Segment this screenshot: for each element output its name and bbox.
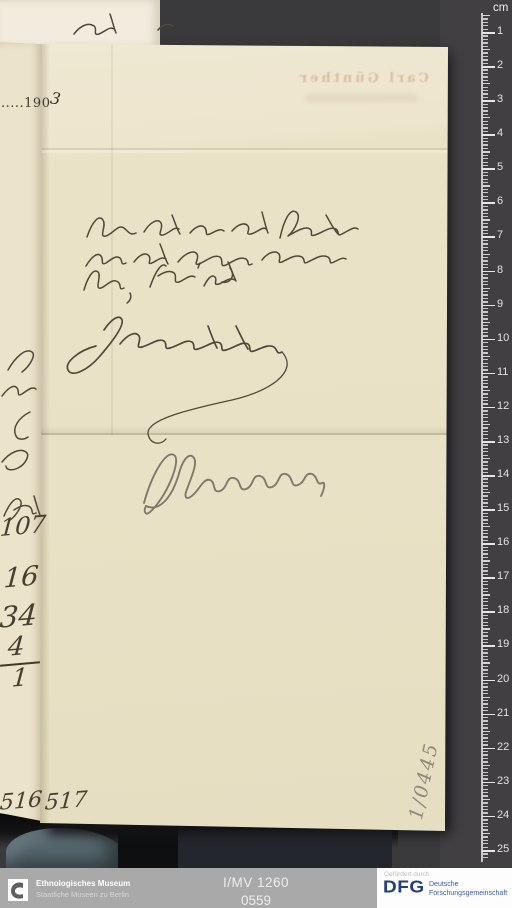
ruler-tick xyxy=(482,271,495,273)
ruler-tick xyxy=(482,131,488,132)
ruler-tick xyxy=(482,727,488,728)
dfg-name-line1: Deutsche xyxy=(429,881,459,888)
ruler-number: 12 xyxy=(497,400,509,412)
ruler-number: 6 xyxy=(497,195,503,207)
ruler-tick xyxy=(482,461,488,462)
ruler-tick xyxy=(482,772,488,773)
margin-number: 4 xyxy=(7,633,26,660)
ruler-tick xyxy=(482,298,488,299)
ruler-tick xyxy=(482,707,488,708)
ruler-tick xyxy=(482,264,488,265)
ruler-tick xyxy=(482,840,488,841)
margin-number: 1 xyxy=(11,664,29,690)
ruler-tick xyxy=(482,42,488,43)
ruler-tick xyxy=(482,325,488,326)
ruler-tick xyxy=(482,686,488,687)
ruler-tick xyxy=(482,390,490,391)
ruler-tick xyxy=(482,717,488,718)
ruler-tick xyxy=(482,230,488,231)
ruler-tick xyxy=(482,380,488,381)
ruler-tick xyxy=(482,734,488,735)
ruler-tick xyxy=(482,138,488,139)
ruler-tick xyxy=(482,540,488,541)
ruler-number: 21 xyxy=(497,707,509,719)
ruler-tick xyxy=(482,56,488,57)
ruler-tick xyxy=(482,809,488,810)
ruler-tick xyxy=(482,209,488,210)
ruler-number: 10 xyxy=(497,332,509,344)
ruler-tick xyxy=(482,550,488,551)
ruler-tick xyxy=(482,315,488,316)
underlying-page-left xyxy=(0,42,45,824)
ruler-tick xyxy=(482,39,488,40)
ruler-tick xyxy=(482,577,495,579)
ruler-tick xyxy=(482,625,488,626)
ruler-tick xyxy=(482,15,490,16)
ruler-tick xyxy=(482,659,488,660)
ruler-tick xyxy=(482,223,488,224)
ruler-tick xyxy=(482,151,490,152)
letter-page xyxy=(40,42,450,834)
org-title: Ethnologisches Museum xyxy=(36,879,130,888)
ruler-tick xyxy=(482,308,488,309)
ruler-tick xyxy=(482,836,488,837)
underlying-page-top xyxy=(0,0,160,47)
ruler-tick xyxy=(482,121,488,122)
ruler-tick xyxy=(482,789,488,790)
ruler-tick xyxy=(482,530,488,531)
ruler-tick xyxy=(482,267,488,268)
ruler-tick xyxy=(482,434,488,435)
ruler-tick xyxy=(482,737,488,738)
ruler-tick xyxy=(482,192,488,193)
ruler-tick xyxy=(482,594,490,595)
ruler-tick xyxy=(482,802,488,803)
ruler-tick xyxy=(482,843,488,844)
ruler-tick xyxy=(482,66,495,68)
ruler-tick xyxy=(482,720,488,721)
scan-number: 0559 xyxy=(180,893,332,908)
ruler-tick xyxy=(482,829,488,830)
inventory-id-block: I/MV 1260 0559 xyxy=(180,875,332,908)
ruler-tick xyxy=(482,22,488,23)
date-printed: .....190 xyxy=(1,96,50,111)
ruler-tick xyxy=(482,567,488,568)
ruler-tick xyxy=(482,346,488,347)
ruler-tick xyxy=(482,847,488,848)
ruler-tick xyxy=(482,301,488,302)
ruler-tick xyxy=(482,601,488,602)
ruler-tick xyxy=(482,349,488,350)
ruler-tick xyxy=(482,833,490,834)
ruler-number: 8 xyxy=(497,264,503,276)
ruler-tick xyxy=(482,73,488,74)
ruler-tick xyxy=(482,90,488,91)
ruler-tick xyxy=(482,29,488,30)
ruler-tick xyxy=(482,260,488,261)
ruler-tick xyxy=(482,513,488,514)
ruler-tick xyxy=(482,352,488,353)
ruler-tick xyxy=(482,403,488,404)
ruler-tick xyxy=(482,741,488,742)
ruler-tick xyxy=(482,233,488,234)
ruler-tick xyxy=(482,652,488,653)
ruler-tick xyxy=(482,519,488,520)
ruler-tick xyxy=(482,254,490,255)
ruler-tick xyxy=(482,526,490,527)
ruler-tick xyxy=(482,393,488,394)
ruler-tick xyxy=(482,281,488,282)
ruler-number: 23 xyxy=(497,775,509,787)
ruler-tick xyxy=(482,468,488,469)
ruler-tick xyxy=(482,768,488,769)
ruler-tick xyxy=(482,639,488,640)
ruler-tick xyxy=(482,656,488,657)
ruler-tick xyxy=(482,472,488,473)
ruler-tick xyxy=(482,335,488,336)
ruler-tick xyxy=(482,475,495,477)
ruler-tick xyxy=(482,478,488,479)
ruler-tick xyxy=(482,543,495,545)
ruler-tick xyxy=(482,373,495,375)
ruler-tick xyxy=(482,144,488,145)
ruler-tick xyxy=(482,407,495,409)
ruler-tick xyxy=(482,792,488,793)
date-year-handwritten: 3 xyxy=(50,88,64,108)
ruler-tick xyxy=(482,288,490,289)
ruler-tick xyxy=(482,506,488,507)
ruler-tick xyxy=(482,754,488,755)
ghost-mirrored-text: Carl Günther xyxy=(286,71,440,86)
ruler-tick xyxy=(482,219,490,220)
ruler-tick xyxy=(482,342,488,343)
ruler-tick xyxy=(482,49,490,50)
ruler-tick xyxy=(482,247,488,248)
ruler-tick xyxy=(482,291,488,292)
ruler-tick xyxy=(482,812,488,813)
ruler-tick xyxy=(482,97,488,98)
ruler-tick xyxy=(482,502,488,503)
ruler-tick xyxy=(482,25,488,26)
ruler-tick xyxy=(482,134,495,136)
dfg-logo: DFG xyxy=(383,878,425,898)
ruler-number: 25 xyxy=(497,843,509,855)
ruler-tick xyxy=(482,179,488,180)
ruler-tick xyxy=(482,332,488,333)
ruler-tick xyxy=(482,383,488,384)
ruler-number: 24 xyxy=(497,809,509,821)
fold-crease-middle xyxy=(40,433,450,435)
ruler-tick xyxy=(482,635,488,636)
ruler-number: 9 xyxy=(497,298,503,310)
ruler-tick xyxy=(482,189,488,190)
ruler-tick xyxy=(482,83,490,84)
ruler-tick xyxy=(482,482,488,483)
dfg-name-line2: Forschungsgemeinschaft xyxy=(429,890,507,897)
ruler-tick xyxy=(482,669,488,670)
ruler-tick xyxy=(482,182,488,183)
ruler-tick xyxy=(482,240,488,241)
ruler-tick xyxy=(482,451,488,452)
ruler-tick xyxy=(482,216,488,217)
table-dark-cloth xyxy=(178,830,392,868)
ruler-tick xyxy=(482,489,488,490)
ruler-tick xyxy=(482,76,488,77)
ruler-tick xyxy=(482,311,488,312)
ruler-number: 20 xyxy=(497,673,509,685)
ruler-tick xyxy=(482,213,488,214)
ruler-number: 15 xyxy=(497,502,509,514)
ruler-tick xyxy=(482,598,488,599)
ruler-tick xyxy=(482,673,488,674)
printed-date-line: .....1903 xyxy=(1,92,61,111)
ruler-tick xyxy=(482,765,490,766)
ruler-tick xyxy=(482,100,495,102)
ruler-tick xyxy=(482,618,488,619)
ruler-tick xyxy=(482,485,488,486)
ruler-tick xyxy=(482,206,488,207)
ruler-tick xyxy=(482,591,488,592)
inventory-id: I/MV 1260 xyxy=(180,875,332,890)
ruler-tick xyxy=(482,516,488,517)
ruler-tick xyxy=(482,243,488,244)
ruler-tick xyxy=(482,87,488,88)
ruler-tick xyxy=(482,751,488,752)
margin-number: 34 xyxy=(0,600,38,632)
ruler-tick xyxy=(482,93,488,94)
ruler-tick xyxy=(482,32,495,34)
ruler-number: 17 xyxy=(497,570,509,582)
ruler-tick xyxy=(482,465,488,466)
ruler-tick xyxy=(482,662,490,663)
ruler-tick xyxy=(482,162,488,163)
ruler-tick xyxy=(482,628,490,629)
ruler-tick xyxy=(482,104,488,105)
page-number-right: 517 xyxy=(44,789,88,815)
ruler-tick xyxy=(482,386,488,387)
ruler-tick xyxy=(482,557,488,558)
ruler-tick xyxy=(482,339,495,341)
ruler-tick xyxy=(482,632,488,633)
ruler-tick xyxy=(482,680,495,682)
ruler-tick xyxy=(482,778,488,779)
ruler-tick xyxy=(482,421,488,422)
ruler-tick xyxy=(482,533,488,534)
ruler-tick xyxy=(482,274,488,275)
ruler-tick xyxy=(482,645,495,647)
fold-shade-middle xyxy=(40,426,450,433)
ruler-tick xyxy=(482,369,488,370)
ruler-tick xyxy=(482,553,488,554)
funding-box: Gefördert durch DFG Deutsche Forschungsg… xyxy=(377,868,512,908)
ruler-tick xyxy=(482,536,488,537)
ruler-tick xyxy=(482,806,488,807)
ruler-tick xyxy=(482,697,490,698)
fold-crease-vertical xyxy=(111,44,113,436)
smb-logo-icon xyxy=(8,879,28,901)
ruler-tick xyxy=(482,322,490,323)
ruler-tick xyxy=(482,564,488,565)
ruler-tick xyxy=(482,666,488,667)
margin-number: 107 xyxy=(0,512,47,540)
ruler-tick xyxy=(482,165,488,166)
ruler-number: 3 xyxy=(497,93,503,105)
ruler-number: 13 xyxy=(497,434,509,446)
ruler-tick xyxy=(482,236,495,238)
ruler-tick xyxy=(482,52,488,53)
ruler-tick xyxy=(482,819,488,820)
ruler-tick xyxy=(482,46,488,47)
ruler-tick xyxy=(482,495,488,496)
ruler-tick xyxy=(482,250,488,251)
ruler-tick xyxy=(482,414,488,415)
ruler-tick xyxy=(482,455,488,456)
ruler-tick xyxy=(482,785,488,786)
ruler-tick xyxy=(482,328,488,329)
ruler-unit-label: cm xyxy=(493,2,508,14)
ruler-tick xyxy=(482,611,495,613)
ruler-tick xyxy=(482,714,495,716)
ruler-tick xyxy=(482,363,488,364)
ruler-tick xyxy=(482,294,488,295)
fold-highlight-top xyxy=(42,150,448,153)
ruler-tick xyxy=(482,581,488,582)
ruler-tick xyxy=(482,438,488,439)
ruler-tick xyxy=(482,69,488,70)
ruler-number: 22 xyxy=(497,741,509,753)
ruler-number: 19 xyxy=(497,638,509,650)
ruler-tick xyxy=(482,560,490,561)
ruler-tick xyxy=(482,458,490,459)
ruler-tick xyxy=(482,509,495,511)
ruler-tick xyxy=(482,168,495,170)
ruler-tick xyxy=(482,35,488,36)
ruler-tick xyxy=(482,850,495,852)
ruler-tick xyxy=(482,588,488,589)
ruler-tick xyxy=(482,431,488,432)
ruler-tick xyxy=(482,775,488,776)
ruler-tick xyxy=(482,676,488,677)
margin-number: 16 xyxy=(3,563,40,593)
ghost-smudge xyxy=(306,94,418,102)
ruler-tick xyxy=(482,547,488,548)
ruler-tick xyxy=(482,448,488,449)
ruler-tick xyxy=(482,158,488,159)
ruler-tick xyxy=(482,826,488,827)
ruler-tick xyxy=(482,795,488,796)
page-number-left: 516 xyxy=(0,789,43,815)
ruler-tick xyxy=(482,608,488,609)
ruler-tick xyxy=(482,148,488,149)
ruler-tick xyxy=(482,80,488,81)
footer-bar: Ethnologisches Museum Staatliche Museen … xyxy=(0,868,512,908)
ruler-number: 16 xyxy=(497,536,509,548)
ruler-tick xyxy=(482,376,488,377)
ruler-tick xyxy=(482,318,488,319)
org-subtitle: Staatliche Museen zu Berlin xyxy=(36,890,129,899)
ruler-tick xyxy=(482,141,488,142)
ruler-tick xyxy=(482,441,495,443)
ruler-number: 5 xyxy=(497,161,503,173)
ruler-tick xyxy=(482,622,488,623)
ruler-tick xyxy=(482,761,488,762)
ruler-tick xyxy=(482,710,488,711)
ruler-tick xyxy=(482,175,488,176)
ruler-tick xyxy=(482,196,488,197)
ruler-tick xyxy=(482,410,488,411)
ruler-tick xyxy=(482,110,488,111)
ruler-tick xyxy=(482,400,488,401)
ruler-tick xyxy=(482,277,488,278)
ruler-number: 18 xyxy=(497,604,509,616)
ruler-tick xyxy=(482,584,488,585)
ruler-tick xyxy=(482,397,488,398)
ruler-tick xyxy=(482,816,495,818)
ruler-tick xyxy=(482,18,488,19)
ruler-tick xyxy=(482,226,488,227)
ruler-tick xyxy=(482,124,488,125)
ruler-number: 14 xyxy=(497,468,509,480)
ruler-tick xyxy=(482,114,488,115)
ruler-tick xyxy=(482,417,488,418)
ruler-tick xyxy=(482,724,488,725)
ruler-tick xyxy=(482,63,488,64)
ruler-tick xyxy=(482,427,488,428)
ruler-tick xyxy=(482,523,488,524)
ruler-number: 4 xyxy=(497,127,503,139)
ruler-tick xyxy=(482,492,490,493)
ruler-tick xyxy=(482,172,488,173)
ruler-tick xyxy=(482,117,490,118)
ruler-tick xyxy=(482,59,488,60)
ruler-tick xyxy=(482,424,490,425)
ruler-tick xyxy=(482,499,488,500)
ruler-tick xyxy=(482,305,495,307)
ruler-tick xyxy=(482,748,495,750)
ruler-tick xyxy=(482,857,488,858)
ruler-tick xyxy=(482,257,488,258)
ruler-number: 2 xyxy=(497,59,503,71)
ruler-tick xyxy=(482,758,488,759)
ruler-tick xyxy=(482,782,495,784)
ruler-tick xyxy=(482,199,488,200)
ruler-tick xyxy=(482,693,488,694)
ruler-tick xyxy=(482,703,488,704)
ruler-tick xyxy=(482,359,488,360)
ruler-tick xyxy=(482,127,488,128)
ruler-tick xyxy=(482,649,488,650)
ruler-tick xyxy=(482,107,488,108)
ruler-tick xyxy=(482,574,488,575)
ruler-tick xyxy=(482,823,488,824)
ruler-tick xyxy=(482,356,490,357)
ruler-number: 11 xyxy=(497,366,508,378)
ruler-tick xyxy=(482,284,488,285)
ruler-tick xyxy=(482,366,488,367)
ruler-tick xyxy=(482,799,490,800)
ruler-tick xyxy=(482,690,488,691)
ruler-tick xyxy=(482,570,488,571)
ruler-tick xyxy=(482,744,488,745)
ruler-tick xyxy=(482,700,488,701)
ruler-tick xyxy=(482,642,488,643)
ruler-number: 7 xyxy=(497,229,503,241)
ruler-tick xyxy=(482,615,488,616)
ruler-tick xyxy=(482,731,490,732)
ruler-tick xyxy=(482,683,488,684)
ruler-tick xyxy=(482,155,488,156)
ruler: cm 1234567891011121314151617181920212223… xyxy=(481,0,512,864)
